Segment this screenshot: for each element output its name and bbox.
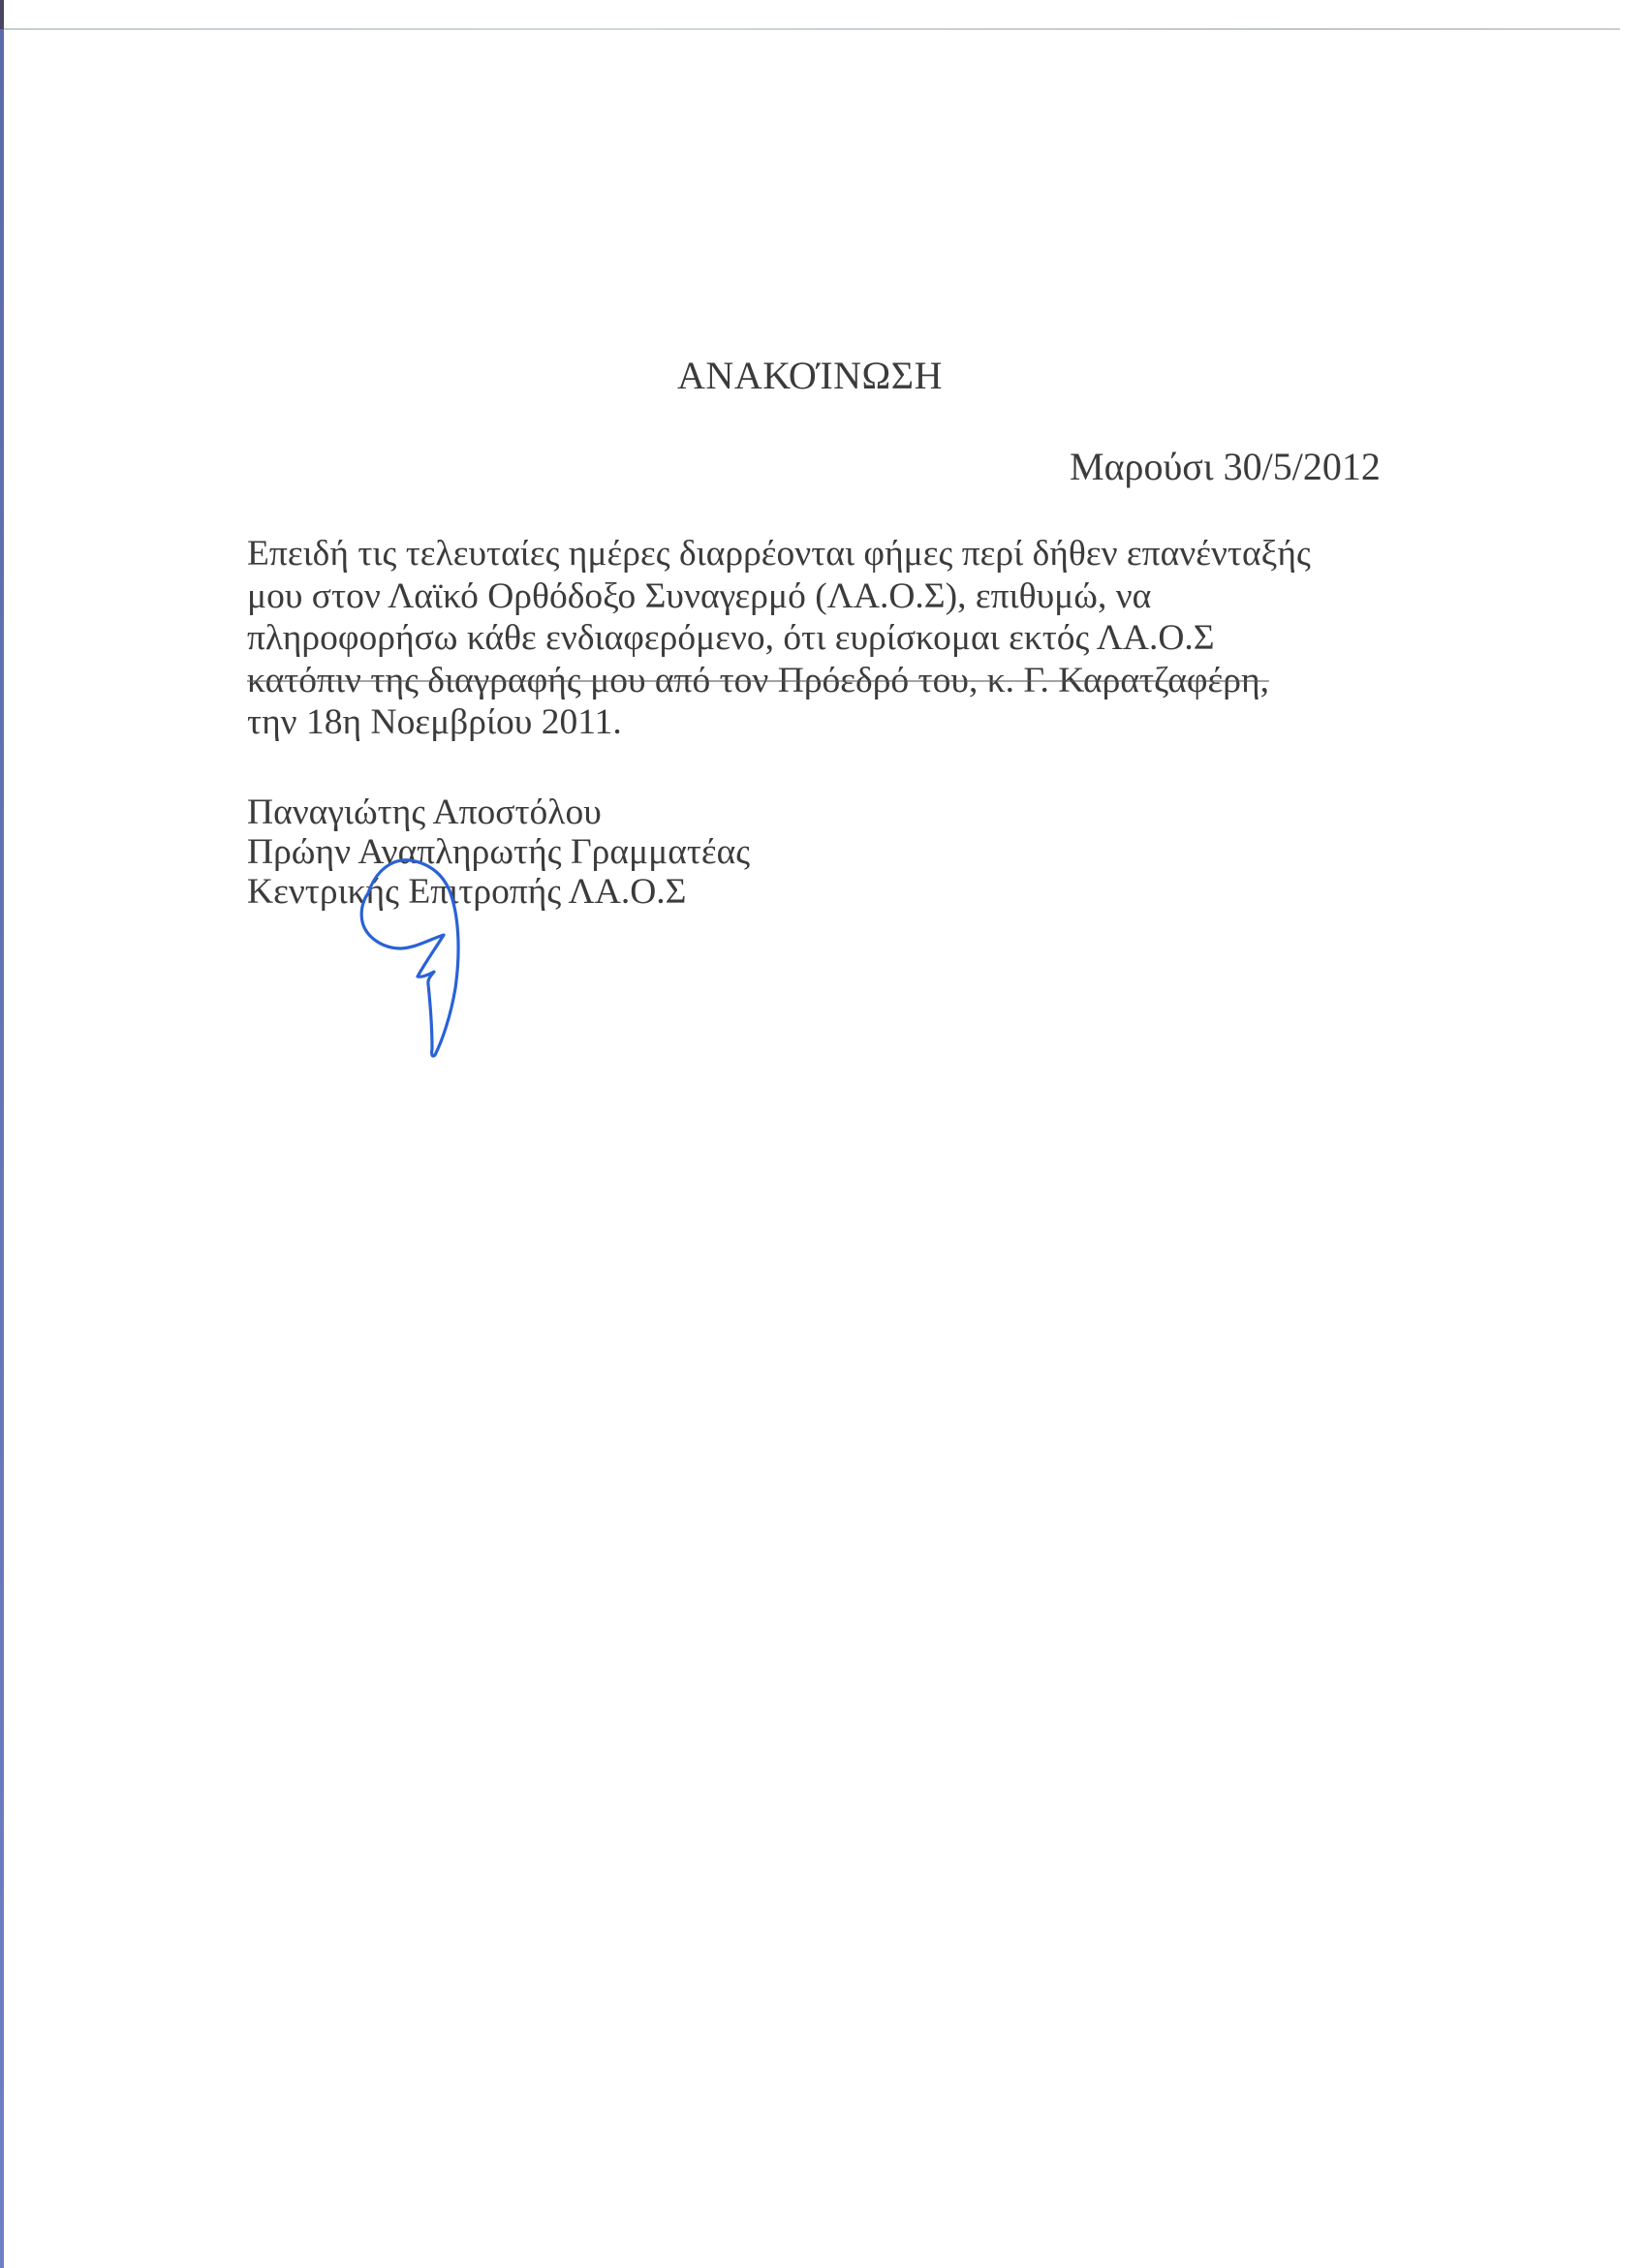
body-line: Επειδή τις τελευταίες ημέρες διαρρέονται… bbox=[247, 533, 1311, 575]
document-title-text: ΑΝΑΚΟΊΝΩΣΗ bbox=[677, 354, 943, 397]
document-title: ΑΝΑΚΟΊΝΩΣΗ bbox=[0, 357, 1647, 395]
signatory-role: Πρώην Αναπληρωτής Γραμματέας bbox=[247, 832, 750, 872]
signatory-block: Παναγιώτης Αποστόλου Πρώην Αναπληρωτής Γ… bbox=[247, 792, 750, 912]
announcement-body: Επειδή τις τελευταίες ημέρες διαρρέονται… bbox=[247, 533, 1311, 744]
body-line: την 18η Νοεμβρίου 2011. bbox=[247, 701, 1311, 744]
signatory-committee: Κεντρικής Επιτροπής ΛΑ.Ο.Σ bbox=[247, 872, 750, 912]
signatory-name: Παναγιώτης Αποστόλου bbox=[247, 792, 750, 832]
body-line: μου στον Λαϊκό Ορθόδοξο Συναγερμό (ΛΑ.Ο.… bbox=[247, 575, 1311, 618]
scan-top-edge-line bbox=[4, 28, 1620, 30]
scan-left-edge bbox=[0, 0, 4, 2268]
body-line: πληροφορήσω κάθε ενδιαφερόμενο, ότι ευρί… bbox=[247, 617, 1311, 660]
place-and-date: Μαρούσι 30/5/2012 bbox=[1070, 448, 1381, 486]
body-line: κατόπιν της διαγραφής μου από τον Πρόεδρ… bbox=[247, 660, 1311, 702]
handwritten-signature bbox=[0, 0, 1647, 2268]
